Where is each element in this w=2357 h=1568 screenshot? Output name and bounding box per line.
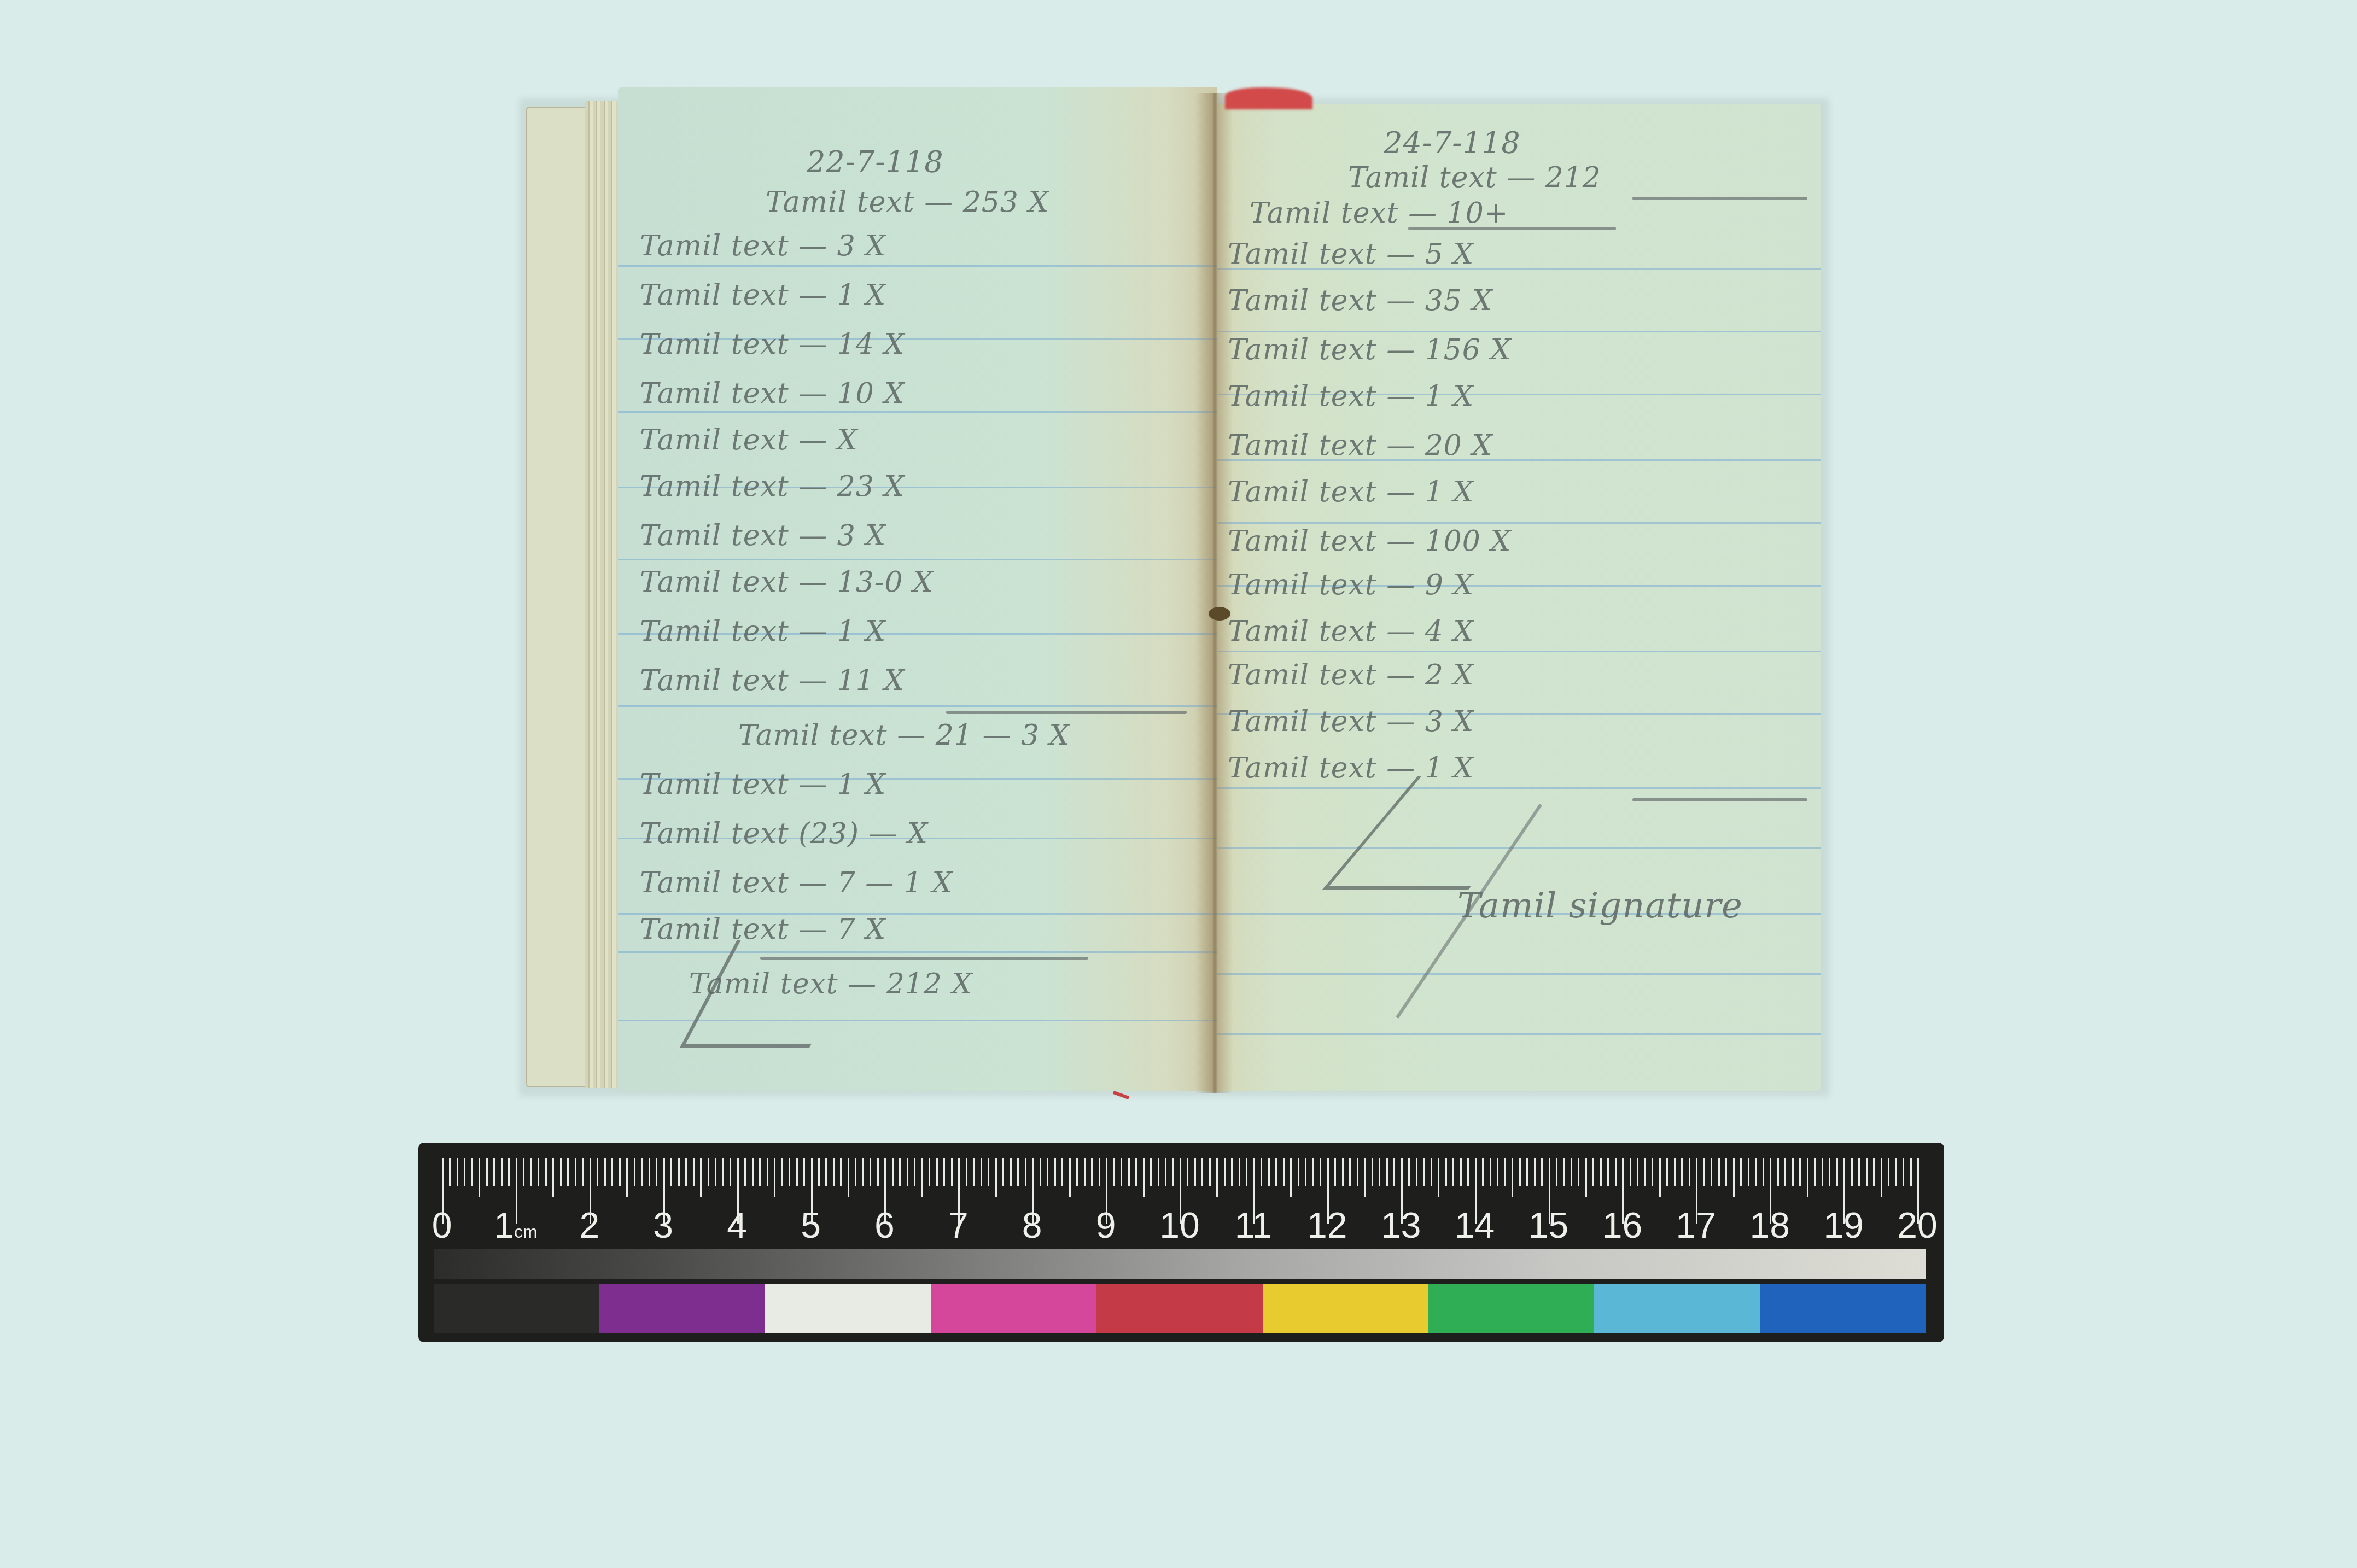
- ruler-tick: [1858, 1158, 1860, 1186]
- ruler-tick: [457, 1158, 458, 1186]
- ruler-tick: [1165, 1158, 1166, 1186]
- ruler-tick: [1268, 1158, 1270, 1186]
- ruler-tick: [1888, 1158, 1889, 1186]
- ruler-tick: [1010, 1158, 1012, 1186]
- ruler-number: 16: [1602, 1207, 1642, 1243]
- ruler-tick: [1416, 1158, 1417, 1186]
- ruler-number: 15: [1528, 1207, 1568, 1243]
- ruler-tick: [1630, 1158, 1631, 1186]
- ruler-tick: [781, 1158, 783, 1186]
- ruled-line: [1217, 331, 1821, 332]
- ruler-tick: [973, 1158, 975, 1186]
- ruled-line: [1217, 522, 1821, 524]
- ruler-tick: [1703, 1158, 1705, 1186]
- ruler-tick: [1224, 1158, 1226, 1186]
- handwritten-line: Tamil text — 7 — 1 X: [640, 867, 953, 899]
- ruler-tick: [1372, 1158, 1373, 1186]
- left-page: 22-7-118 Tamil text — 253 X Tamil text —…: [618, 87, 1217, 1091]
- ruler-tick: [1128, 1158, 1130, 1186]
- ruler-tick: [1490, 1158, 1491, 1186]
- ruler-tick: [552, 1158, 554, 1197]
- handwritten-line: Tamil text — 20 X: [1228, 429, 1492, 462]
- ruler-tick: [1187, 1158, 1188, 1186]
- ruler-tick: [560, 1158, 562, 1186]
- ruler-number: 7: [948, 1207, 969, 1243]
- ruler-tick: [1895, 1158, 1897, 1186]
- ruler-number: 10: [1159, 1207, 1199, 1243]
- ruler-tick: [1150, 1158, 1152, 1186]
- handwritten-line: Tamil text — 2 X: [1228, 659, 1474, 692]
- ruler-tick: [1851, 1158, 1853, 1186]
- ruler-tick: [634, 1158, 635, 1186]
- handwritten-line: Tamil text — 100 X: [1228, 525, 1512, 558]
- scale-ruler: 01cm234567891011121314151617181920: [418, 1143, 1944, 1342]
- ruler-tick: [870, 1158, 871, 1186]
- ruler-number: 3: [653, 1207, 673, 1243]
- ruler-tick: [1740, 1158, 1742, 1186]
- ruler-tick: [1194, 1158, 1196, 1186]
- ruler-tick: [796, 1158, 798, 1186]
- ruler-tick: [626, 1158, 628, 1197]
- ruler-tick: [722, 1158, 724, 1186]
- ruler-tick: [567, 1158, 569, 1186]
- signature: Tamil signature: [1457, 886, 1743, 926]
- ruler-tick: [1873, 1158, 1875, 1186]
- binding-thread-top: [1225, 87, 1312, 109]
- ruler-tick: [1755, 1158, 1757, 1186]
- ruler-tick: [1431, 1158, 1432, 1186]
- ruler-tick: [1305, 1158, 1306, 1186]
- grayscale-bar: [434, 1249, 1926, 1279]
- ruler-tick: [767, 1158, 768, 1186]
- ruler-tick: [530, 1158, 532, 1186]
- ruler-number: 1cm: [494, 1207, 537, 1243]
- ruler-tick: [1784, 1158, 1786, 1186]
- ruler-tick: [833, 1158, 835, 1186]
- handwritten-line: Tamil text — 3 X: [640, 230, 886, 262]
- handwritten-line: Tamil text — 1 X: [1228, 380, 1474, 413]
- ruler-tick: [1534, 1158, 1536, 1186]
- ruler-tick: [1091, 1158, 1093, 1186]
- ruler-tick: [1644, 1158, 1646, 1186]
- ruled-line: [1217, 1033, 1821, 1035]
- ruler-tick: [1910, 1158, 1912, 1186]
- ruler-tick: [1659, 1158, 1661, 1197]
- ruler-number: 9: [1096, 1207, 1116, 1243]
- ruled-line: [1217, 651, 1821, 652]
- ruler-tick: [1592, 1158, 1594, 1186]
- handwritten-line: Tamil text — 10 X: [640, 377, 905, 410]
- handwritten-line: Tamil text — 1 X: [640, 615, 886, 648]
- ruler-tick: [1379, 1158, 1380, 1186]
- ruler-tick: [1076, 1158, 1078, 1186]
- ruler-number: 8: [1022, 1207, 1042, 1243]
- ruler-tick: [892, 1158, 894, 1186]
- ruler-tick: [862, 1158, 864, 1186]
- ruler-tick: [825, 1158, 827, 1186]
- ruled-line: [1217, 973, 1821, 975]
- ruler-tick: [641, 1158, 643, 1186]
- ruler-tick: [943, 1158, 945, 1186]
- ruler-tick: [1556, 1158, 1557, 1186]
- handwritten-line: Tamil text — 23 X: [640, 470, 905, 503]
- ruler-tick: [493, 1158, 495, 1186]
- ruler-tick: [1748, 1158, 1749, 1186]
- ruler-tick: [1903, 1158, 1904, 1186]
- ruler-number: 12: [1307, 1207, 1347, 1243]
- handwritten-line: Tamil text — 14 X: [640, 328, 905, 361]
- ruler-tick: [1541, 1158, 1543, 1186]
- ruler-tick: [501, 1158, 503, 1186]
- ruler-tick: [1216, 1158, 1218, 1197]
- ruler-tick: [471, 1158, 473, 1186]
- ruler-tick: [479, 1158, 480, 1197]
- ruler-tick: [1143, 1158, 1145, 1197]
- ruler-tick: [1275, 1158, 1277, 1186]
- ruler-tick: [1445, 1158, 1447, 1186]
- ruled-line: [618, 705, 1217, 707]
- ruler-tick: [1261, 1158, 1262, 1186]
- ruler-tick: [730, 1158, 731, 1186]
- ruler-tick: [899, 1158, 901, 1186]
- ruler-tick: [1290, 1158, 1292, 1197]
- ruler-tick: [1135, 1158, 1137, 1186]
- ruler-tick: [1386, 1158, 1388, 1186]
- ruler-tick: [1866, 1158, 1868, 1186]
- ruler-tick: [449, 1158, 451, 1186]
- ruler-tick: [1017, 1158, 1019, 1186]
- ruled-line: [618, 411, 1217, 413]
- ruler-tick: [759, 1158, 761, 1186]
- ruler-number: 13: [1381, 1207, 1421, 1243]
- ruler-tick: [1607, 1158, 1609, 1186]
- handwritten-line: Tamil text (23) — X: [640, 817, 928, 850]
- ruler-tick: [715, 1158, 716, 1186]
- ruler-tick: [1408, 1158, 1410, 1186]
- ruler-tick: [1113, 1158, 1115, 1186]
- ruler-tick: [1040, 1158, 1041, 1186]
- ruler-number: 4: [727, 1207, 747, 1243]
- handwritten-line: Tamil text — 1 X: [640, 768, 886, 801]
- ruler-tick: [1025, 1158, 1026, 1186]
- ruler-tick: [803, 1158, 805, 1186]
- ruler-tick: [951, 1158, 953, 1186]
- ruler-unit-label: cm: [514, 1222, 538, 1242]
- ruler-tick: [848, 1158, 849, 1197]
- ruler-tick: [1578, 1158, 1579, 1186]
- ruler-tick: [1814, 1158, 1816, 1186]
- ruler-number: 14: [1455, 1207, 1495, 1243]
- ruler-tick: [1393, 1158, 1395, 1186]
- ruler-tick: [604, 1158, 606, 1186]
- ruler-tick: [1792, 1158, 1794, 1186]
- ruler-tick: [582, 1158, 584, 1186]
- ruler-tick: [1763, 1158, 1764, 1186]
- ruler-tick: [685, 1158, 687, 1186]
- right-page-header: Tamil text — 212: [1348, 161, 1601, 194]
- ruler-tick: [486, 1158, 488, 1186]
- ruler-tick: [1320, 1158, 1321, 1186]
- ruler-tick: [597, 1158, 598, 1186]
- handwritten-line: Tamil text — 3 X: [1228, 705, 1474, 738]
- ruler-tick: [1298, 1158, 1299, 1186]
- ruler-number: 6: [874, 1207, 895, 1243]
- ruled-line: [618, 265, 1217, 267]
- left-page-date: 22-7-118: [807, 145, 944, 179]
- ruler-tick: [818, 1158, 820, 1186]
- handwritten-line: Tamil text — 1 X: [1228, 476, 1474, 508]
- ruler-tick: [981, 1158, 982, 1186]
- ruler-tick: [1526, 1158, 1528, 1186]
- ruler-tick: [1615, 1158, 1617, 1186]
- ruler-tick: [1807, 1158, 1808, 1197]
- ruler-tick: [1600, 1158, 1602, 1186]
- ruler-tick: [1563, 1158, 1565, 1186]
- ruler-tick: [1047, 1158, 1048, 1186]
- ruler-tick: [1497, 1158, 1498, 1186]
- ruler-tick: [1002, 1158, 1004, 1186]
- ruler-tick: [855, 1158, 856, 1186]
- right-page-date: 24-7-118: [1384, 126, 1521, 160]
- right-page-subheader: Tamil text — 10+: [1250, 197, 1508, 230]
- ruler-tick: [995, 1158, 997, 1197]
- handwritten-line: Tamil text — X: [640, 424, 858, 457]
- color-patch: [765, 1284, 931, 1333]
- ruler-tick: [1733, 1158, 1735, 1197]
- handwritten-line: Tamil text — 35 X: [1228, 284, 1492, 317]
- handwritten-line: Tamil text — 11 X: [640, 664, 905, 697]
- ruler-tick: [1725, 1158, 1727, 1186]
- ruler-tick: [1061, 1158, 1063, 1186]
- ruler-tick: [929, 1158, 930, 1186]
- ruler-tick: [464, 1158, 465, 1186]
- ruler-tick: [1652, 1158, 1653, 1186]
- ruler-tick: [1423, 1158, 1425, 1186]
- color-patches: [434, 1284, 1926, 1333]
- color-patch: [434, 1284, 599, 1333]
- right-page: 24-7-118 Tamil text — 212 Tamil text — 1…: [1217, 104, 1821, 1091]
- ruled-line: [618, 951, 1217, 953]
- ruler-tick: [1246, 1158, 1247, 1186]
- ruler-tick: [1836, 1158, 1838, 1186]
- ruler-tick: [545, 1158, 547, 1186]
- ruler-tick: [1054, 1158, 1056, 1186]
- ruler-tick: [1342, 1158, 1344, 1186]
- color-patch: [599, 1284, 765, 1333]
- large-check-mark: [1322, 776, 1563, 890]
- ruler-number: 18: [1749, 1207, 1789, 1243]
- ruler-tick: [1519, 1158, 1521, 1186]
- ruler-number: 11: [1235, 1207, 1273, 1243]
- ruler-number: 0: [432, 1207, 452, 1243]
- ruler-tick: [1681, 1158, 1683, 1186]
- ruler-tick: [678, 1158, 680, 1186]
- ruler-tick: [656, 1158, 657, 1186]
- ruler-number: 2: [579, 1207, 599, 1243]
- ruled-line: [618, 559, 1217, 560]
- ruler-tick: [1460, 1158, 1462, 1186]
- color-patch: [931, 1284, 1096, 1333]
- ruler-tick: [508, 1158, 510, 1186]
- ruler-tick: [840, 1158, 842, 1186]
- ruler-tick: [752, 1158, 754, 1186]
- color-patch: [1760, 1284, 1926, 1333]
- ruler-tick: [619, 1158, 621, 1186]
- ruler-tick: [1571, 1158, 1572, 1186]
- ruler-tick: [1585, 1158, 1587, 1197]
- ruler-tick: [936, 1158, 938, 1186]
- ruler-tick: [1239, 1158, 1240, 1186]
- ruler-tick: [1172, 1158, 1174, 1186]
- notebook-spine: [1195, 93, 1233, 1093]
- ruler-tick: [789, 1158, 790, 1186]
- ruler-tick: [774, 1158, 775, 1197]
- ruler-tick: [1121, 1158, 1122, 1186]
- color-patch: [1594, 1284, 1760, 1333]
- ruler-tick: [1099, 1158, 1100, 1186]
- ruler-tick: [1158, 1158, 1159, 1186]
- ruler-tick: [914, 1158, 915, 1186]
- ruler-tick: [744, 1158, 746, 1186]
- total-underline: [1632, 798, 1807, 801]
- ruler-tick: [1637, 1158, 1638, 1186]
- binding-stitch: [1209, 607, 1230, 621]
- ruler-tick: [1674, 1158, 1676, 1186]
- ruler-tick: [1777, 1158, 1779, 1186]
- ruler-tick: [921, 1158, 923, 1197]
- ruler-tick: [1482, 1158, 1484, 1186]
- left-page-header: Tamil text — 253 X: [766, 186, 1049, 219]
- ruler-tick: [1799, 1158, 1801, 1186]
- ruler-tick: [988, 1158, 989, 1186]
- handwritten-line: Tamil text — 5 X: [1228, 238, 1474, 271]
- handwritten-line: Tamil text — 9 X: [1228, 569, 1474, 601]
- handwritten-line: Tamil text — 13-0 X: [640, 566, 934, 599]
- ruler-tick: [1209, 1158, 1211, 1186]
- ruler-tick: [523, 1158, 524, 1186]
- ruler-tick: [575, 1158, 576, 1186]
- ruler-tick: [700, 1158, 702, 1197]
- ruler-tick: [1504, 1158, 1506, 1186]
- ruler-tick: [1718, 1158, 1720, 1186]
- total-underline: [946, 711, 1187, 714]
- ruler-tick: [1822, 1158, 1823, 1186]
- ruler-tick: [670, 1158, 672, 1186]
- ruler-tick: [966, 1158, 967, 1186]
- ruler-tick: [538, 1158, 539, 1186]
- ruler-number: 5: [801, 1207, 821, 1243]
- ruler-tick: [1364, 1158, 1366, 1197]
- ruler-tick: [1084, 1158, 1086, 1186]
- ruler-tick: [708, 1158, 709, 1186]
- ruler-tick: [1881, 1158, 1882, 1197]
- handwritten-line: Tamil text — 156 X: [1228, 334, 1512, 366]
- handwritten-line: Tamil text — 1 X: [640, 279, 886, 312]
- ruled-line: [1217, 847, 1821, 849]
- ruler-tick: [1349, 1158, 1351, 1186]
- ruler-tick: [1201, 1158, 1203, 1186]
- color-patch: [1428, 1284, 1594, 1333]
- ruler-tick: [611, 1158, 613, 1186]
- ruler-tick: [877, 1158, 879, 1186]
- ruler-number: 20: [1897, 1207, 1937, 1243]
- ruler-tick: [1069, 1158, 1071, 1197]
- total-underline: [1632, 197, 1807, 200]
- ruler-number: 19: [1823, 1207, 1863, 1243]
- ruler-tick: [1452, 1158, 1454, 1186]
- ruler-tick: [1438, 1158, 1439, 1197]
- ruler-tick: [649, 1158, 650, 1186]
- ruler-tick: [907, 1158, 908, 1186]
- total-underline: [1408, 227, 1616, 230]
- ruler-tick: [1467, 1158, 1469, 1186]
- ruler-tick: [1711, 1158, 1712, 1186]
- handwritten-line: Tamil text — 3 X: [640, 519, 886, 552]
- color-patch: [1096, 1284, 1262, 1333]
- ruler-tick: [1312, 1158, 1314, 1186]
- handwritten-line: Tamil text — 4 X: [1228, 615, 1474, 648]
- ruler-tick: [693, 1158, 695, 1186]
- ruler-tick: [1334, 1158, 1336, 1186]
- ruler-tick: [1666, 1158, 1668, 1186]
- ruler-tick: [1283, 1158, 1285, 1186]
- ruler-tick: [1231, 1158, 1233, 1186]
- ruler-tick: [1512, 1158, 1513, 1197]
- ruler-tick: [1689, 1158, 1690, 1186]
- ruler-tick: [1829, 1158, 1830, 1186]
- handwritten-line: Tamil text — 21 — 3 X: [738, 719, 1070, 752]
- ruler-number: 17: [1676, 1207, 1716, 1243]
- ruler-tick: [1357, 1158, 1358, 1186]
- color-patch: [1263, 1284, 1428, 1333]
